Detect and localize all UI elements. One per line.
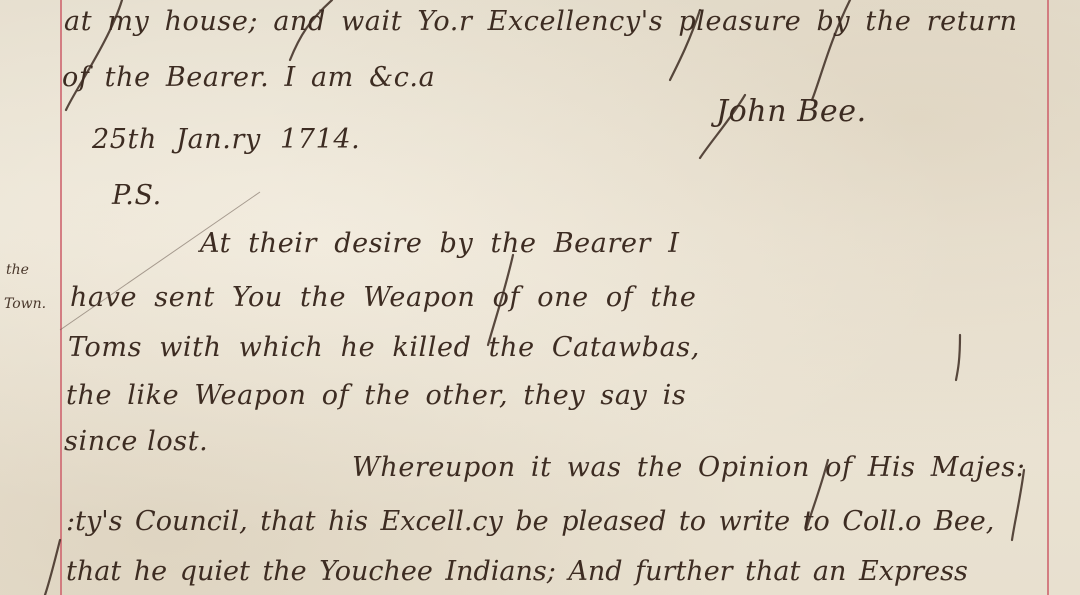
text-line-council-3: that he quiet the Youchee Indians; And f… (66, 556, 968, 587)
date-line: 25th Jan.ry 1714. (92, 124, 360, 155)
right-margin-rule (1047, 0, 1049, 595)
postscript-label: P.S. (112, 180, 162, 211)
text-line-ps-4: the like Weapon of the other, they say i… (66, 380, 686, 411)
manuscript-page: the Town. at my house; and wait Yo.r Exc… (0, 0, 1080, 595)
text-line-council-2: :ty's Council, that his Excell.cy be ple… (66, 506, 994, 537)
text-line-ps-5: since lost. (64, 426, 208, 457)
signature: John Bee. (716, 94, 867, 129)
text-line-ps-1: At their desire by the Bearer I (200, 228, 680, 259)
text-line-1: at my house; and wait Yo.r Excellency's … (64, 6, 1018, 37)
text-line-council-1: Whereupon it was the Opinion of His Maje… (352, 452, 1025, 483)
text-line-2: of the Bearer. I am &c.a (62, 62, 435, 93)
margin-note-the: the (6, 262, 29, 278)
text-line-ps-2: have sent You the Weapon of one of the (70, 282, 696, 313)
margin-note-town: Town. (4, 296, 46, 312)
text-line-ps-3: Toms with which he killed the Catawbas, (68, 332, 700, 363)
